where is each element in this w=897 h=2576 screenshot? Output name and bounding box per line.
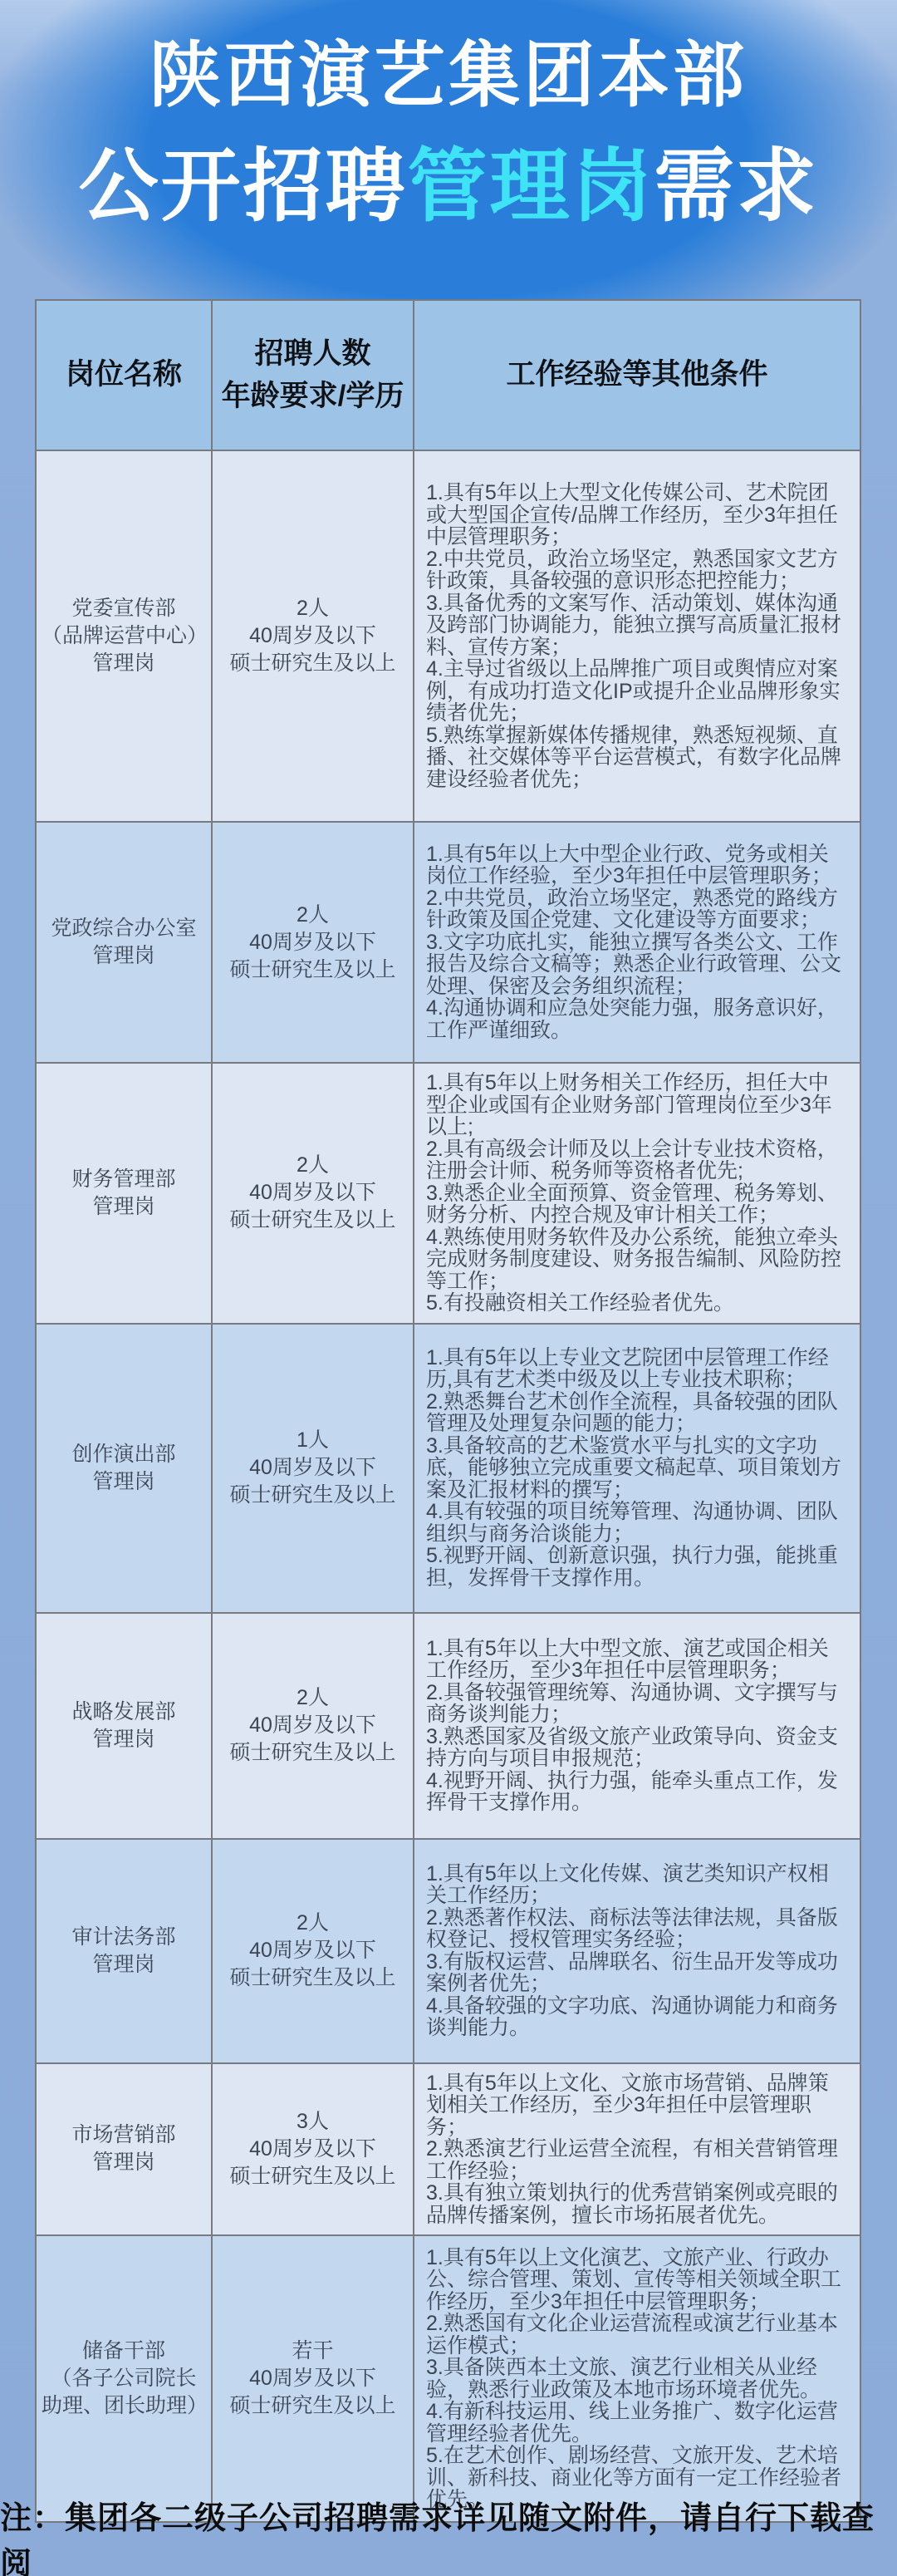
position-line: 市场营销部: [71, 2121, 175, 2149]
quota-line: 40周岁及以下: [249, 2365, 376, 2392]
position-name-cell: 审计法务部管理岗: [37, 1840, 211, 2062]
page-title-line1: 陕西演艺集团本部: [0, 37, 897, 116]
requirements-cell: 1.具有5年以上大中型文旅、演艺或国企相关工作经历，至少3年担任中层管理职务；2…: [413, 1614, 860, 1838]
table-row: 储备干部（各子公司院长助理、团长助理） 若干40周岁及以下硕士研究生及以上 1.…: [37, 2236, 860, 2521]
quota-line: 硕士研究生及以上: [229, 650, 395, 677]
requirement-item: 2.熟悉舞台艺术创作全流程，具备较强的团队管理及处理复杂问题的能力；: [426, 1391, 848, 1435]
header-cell-requirements: 工作经验等其他条件: [413, 301, 860, 450]
requirement-item: 3.熟悉国家及省级文旅产业政策导向、资金支持方向与项目申报规范；: [426, 1726, 848, 1770]
requirement-item: 4.熟练使用财务软件及办公系统，能独立牵头完成财务制度建设、财务报告编制、风险防…: [426, 1227, 848, 1293]
table-row: 党委宣传部（品牌运营中心）管理岗 2人40周岁及以下硕士研究生及以上 1.具有5…: [37, 451, 860, 823]
requirements-cell: 1.具有5年以上专业文艺院团中层管理工作经历,具有艺术类中级及以上专业技术职称；…: [413, 1325, 860, 1612]
requirement-item: 1.具有5年以上大中型企业行政、党务或相关岗位工作经验，至少3年担任中层管理职务…: [426, 843, 848, 887]
quota-cell: 2人40周岁及以下硕士研究生及以上: [211, 1840, 413, 2062]
quota-cell: 3人40周岁及以下硕士研究生及以上: [211, 2064, 413, 2235]
requirement-item: 2.具有高级会计师及以上会计专业技术资格，注册会计师、税务师等资格者优先;: [426, 1138, 848, 1182]
position-line: 管理岗: [92, 1193, 154, 1221]
quota-line: 40周岁及以下: [249, 2136, 376, 2163]
requirements-cell: 1.具有5年以上文化、文旅市场营销、品牌策划相关工作经历，至少3年担任中层管理职…: [413, 2064, 860, 2235]
poster-header: 陕西演艺集团本部 公开招聘管理岗需求: [0, 0, 897, 299]
position-line: 管理岗: [92, 1468, 154, 1496]
page-title-line2: 公开招聘管理岗需求: [0, 143, 897, 231]
requirement-item: 3.具备较高的艺术鉴赏水平与扎实的文字功底，能够独立完成重要文稿起草、项目策划方…: [426, 1435, 848, 1502]
requirement-item: 3.文字功底扎实，能独立撰写各类公文、工作报告及综合文稿等；熟悉企业行政管理、公…: [426, 932, 848, 998]
quota-line: 若干: [292, 2338, 333, 2365]
quota-line: 2人: [297, 1910, 329, 1937]
quota-cell: 2人40周岁及以下硕士研究生及以上: [211, 1064, 413, 1323]
requirement-item: 2.熟悉国有文化企业运营流程或演艺行业基本运作模式；: [426, 2313, 848, 2357]
quota-line: 40周岁及以下: [249, 1712, 376, 1739]
position-line: 审计法务部: [71, 1924, 175, 1951]
header-quota-line1: 招聘人数: [254, 333, 370, 376]
requirement-item: 4.沟通协调和应急处突能力强，服务意识好，工作严谨细致。: [426, 997, 848, 1041]
table-row: 创作演出部管理岗 1人40周岁及以下硕士研究生及以上 1.具有5年以上专业文艺院…: [37, 1325, 860, 1614]
requirement-item: 3.熟悉企业全面预算、资金管理、税务筹划、财务分析、内控合规及审计相关工作；: [426, 1182, 848, 1227]
header-cell-position: 岗位名称: [37, 301, 211, 450]
quota-line: 硕士研究生及以上: [229, 1739, 395, 1767]
quota-cell: 1人40周岁及以下硕士研究生及以上: [211, 1325, 413, 1612]
requirement-item: 4.视野开阔、执行力强，能牵头重点工作，发挥骨干支撑作用。: [426, 1770, 848, 1814]
position-name-cell: 市场营销部管理岗: [37, 2064, 211, 2235]
quota-line: 2人: [297, 595, 329, 622]
requirement-item: 4.具备较强的文字功底、沟通协调能力和商务谈判能力。: [426, 1995, 848, 2039]
position-name-cell: 党委宣传部（品牌运营中心）管理岗: [37, 451, 211, 821]
quota-line: 40周岁及以下: [249, 1454, 376, 1482]
requirements-cell: 1.具有5年以上大型文化传媒公司、艺术院团或大型国企宣传/品牌工作经历，至少3年…: [413, 451, 860, 821]
quota-line: 硕士研究生及以上: [229, 1207, 395, 1234]
requirement-item: 1.具有5年以上大中型文旅、演艺或国企相关工作经历，至少3年担任中层管理职务；: [426, 1638, 848, 1682]
position-line: 管理岗: [92, 1726, 154, 1753]
quota-line: 3人: [297, 2108, 329, 2136]
quota-cell: 2人40周岁及以下硕士研究生及以上: [211, 451, 413, 821]
requirement-item: 4.主导过省级以上品牌推广项目或舆情应对案例，有成功打造文化IP或提升企业品牌形…: [426, 658, 848, 725]
quota-cell: 2人40周岁及以下硕士研究生及以上: [211, 823, 413, 1062]
table-row: 市场营销部管理岗 3人40周岁及以下硕士研究生及以上 1.具有5年以上文化、文旅…: [37, 2064, 860, 2237]
position-name-cell: 财务管理部管理岗: [37, 1064, 211, 1323]
requirements-cell: 1.具有5年以上文化传媒、演艺类知识产权相关工作经历；2.熟悉著作权法、商标法等…: [413, 1840, 860, 2062]
position-line: （各子公司院长助理、团长助理）: [42, 2365, 206, 2420]
title-suffix: 需求: [654, 142, 819, 231]
requirement-item: 5.视野开阔、创新意识强，执行力强，能挑重担，发挥骨干支撑作用。: [426, 1545, 848, 1589]
quota-line: 1人: [297, 1427, 329, 1454]
positions-table: 岗位名称 招聘人数 年龄要求/学历 工作经验等其他条件 党委宣传部（品牌运营中心…: [35, 299, 861, 2523]
quota-line: 硕士研究生及以上: [229, 1964, 395, 1992]
requirement-item: 2.中共党员，政治立场坚定，熟悉国家文艺方针政策，具备较强的意识形态把控能力；: [426, 548, 848, 592]
header-quota-line2: 年龄要求/学历: [222, 376, 404, 418]
requirement-item: 1.具有5年以上文化、文旅市场营销、品牌策划相关工作经历，至少3年担任中层管理职…: [426, 2072, 848, 2139]
position-name-cell: 创作演出部管理岗: [37, 1325, 211, 1612]
quota-line: 2人: [297, 1152, 329, 1179]
quota-line: 40周岁及以下: [249, 929, 376, 956]
quota-line: 硕士研究生及以上: [229, 2163, 395, 2190]
requirement-item: 1.具有5年以上专业文艺院团中层管理工作经历,具有艺术类中级及以上专业技术职称；: [426, 1347, 848, 1391]
quota-line: 40周岁及以下: [249, 622, 376, 650]
position-name-cell: 党政综合办公室管理岗: [37, 823, 211, 1062]
quota-line: 硕士研究生及以上: [229, 1482, 395, 1509]
requirement-item: 5.熟练掌握新媒体传播规律，熟悉短视频、直播、社交媒体等平台运营模式，有数字化品…: [426, 725, 848, 791]
quota-line: 2人: [297, 902, 329, 929]
table-row: 财务管理部管理岗 2人40周岁及以下硕士研究生及以上 1.具有5年以上财务相关工…: [37, 1064, 860, 1325]
header-cell-quota: 招聘人数 年龄要求/学历: [211, 301, 413, 450]
quota-line: 40周岁及以下: [249, 1937, 376, 1964]
quota-cell: 2人40周岁及以下硕士研究生及以上: [211, 1614, 413, 1838]
footer-note: 注：集团各二级子公司招聘需求详见随文附件，请自行下载查阅: [0, 2500, 897, 2576]
table-row: 党政综合办公室管理岗 2人40周岁及以下硕士研究生及以上 1.具有5年以上大中型…: [37, 823, 860, 1064]
requirement-item: 2.熟悉演艺行业运营全流程，有相关营销管理工作经验；: [426, 2138, 848, 2182]
position-name-cell: 战略发展部管理岗: [37, 1614, 211, 1838]
table-row: 审计法务部管理岗 2人40周岁及以下硕士研究生及以上 1.具有5年以上文化传媒、…: [37, 1840, 860, 2064]
requirement-item: 3.具备优秀的文案写作、活动策划、媒体沟通及跨部门协调能力，能独立撰写高质量汇报…: [426, 592, 848, 659]
requirement-item: 3.具有独立策划执行的优秀营销案例或亮眼的品牌传播案例，擅长市场拓展者优先。: [426, 2182, 848, 2226]
title-highlight: 管理岗: [408, 142, 654, 231]
quota-cell: 若干40周岁及以下硕士研究生及以上: [211, 2236, 413, 2521]
table-header-row: 岗位名称 招聘人数 年龄要求/学历 工作经验等其他条件: [37, 301, 860, 451]
table-row: 战略发展部管理岗 2人40周岁及以下硕士研究生及以上 1.具有5年以上大中型文旅…: [37, 1614, 860, 1840]
position-line: 储备干部: [82, 2338, 165, 2365]
quota-line: 40周岁及以下: [249, 1179, 376, 1207]
quota-line: 硕士研究生及以上: [229, 2392, 395, 2420]
position-name-cell: 储备干部（各子公司院长助理、团长助理）: [37, 2236, 211, 2521]
requirements-cell: 1.具有5年以上大中型企业行政、党务或相关岗位工作经验，至少3年担任中层管理职务…: [413, 823, 860, 1062]
position-line: 党委宣传部: [71, 595, 175, 622]
requirement-item: 3.具备陕西本土文旅、演艺行业相关从业经验，熟悉行业政策及本地市场环境者优先。: [426, 2357, 848, 2401]
requirement-item: 1.具有5年以上财务相关工作经历，担任大中型企业或国有企业财务部门管理岗位至少3…: [426, 1072, 848, 1138]
requirement-item: 5.有投融资相关工作经验者优先。: [426, 1292, 848, 1315]
position-line: 战略发展部: [71, 1698, 175, 1726]
requirement-item: 3.有版权运营、品牌联名、衍生品开发等成功案例者优先；: [426, 1951, 848, 1995]
quota-line: 2人: [297, 1684, 329, 1712]
position-line: 管理岗: [92, 650, 154, 677]
requirement-item: 1.具有5年以上大型文化传媒公司、艺术院团或大型国企宣传/品牌工作经历，至少3年…: [426, 482, 848, 548]
requirement-item: 2.中共党员，政治立场坚定，熟悉党的路线方针政策及国企党建、文化建设等方面要求；: [426, 887, 848, 932]
position-line: 管理岗: [92, 942, 154, 970]
requirements-cell: 1.具有5年以上财务相关工作经历，担任大中型企业或国有企业财务部门管理岗位至少3…: [413, 1064, 860, 1323]
position-line: （品牌运营中心）: [42, 622, 206, 650]
position-line: 管理岗: [92, 1951, 154, 1979]
requirement-item: 2.具备较强管理统筹、沟通协调、文字撰写与商务谈判能力；: [426, 1682, 848, 1726]
requirement-item: 1.具有5年以上文化演艺、文旅产业、行政办公、综合管理、策划、宣传等相关领域全职…: [426, 2247, 848, 2313]
requirements-cell: 1.具有5年以上文化演艺、文旅产业、行政办公、综合管理、策划、宣传等相关领域全职…: [413, 2236, 860, 2521]
requirement-item: 4.具有较强的项目统筹管理、沟通协调、团队组织与商务洽谈能力；: [426, 1501, 848, 1545]
requirement-item: 4.有新科技运用、线上业务推广、数字化运营管理经验者优先。: [426, 2401, 848, 2445]
quota-line: 硕士研究生及以上: [229, 956, 395, 984]
position-line: 财务管理部: [71, 1166, 175, 1193]
requirement-item: 1.具有5年以上文化传媒、演艺类知识产权相关工作经历；: [426, 1863, 848, 1907]
position-line: 党政综合办公室: [51, 915, 196, 942]
position-line: 创作演出部: [71, 1441, 175, 1468]
position-line: 管理岗: [92, 2149, 154, 2176]
table-body: 党委宣传部（品牌运营中心）管理岗 2人40周岁及以下硕士研究生及以上 1.具有5…: [37, 451, 860, 2521]
requirement-item: 2.熟悉著作权法、商标法等法律法规，具备版权登记、授权管理实务经验；: [426, 1907, 848, 1951]
title-prefix: 公开招聘: [79, 142, 408, 231]
